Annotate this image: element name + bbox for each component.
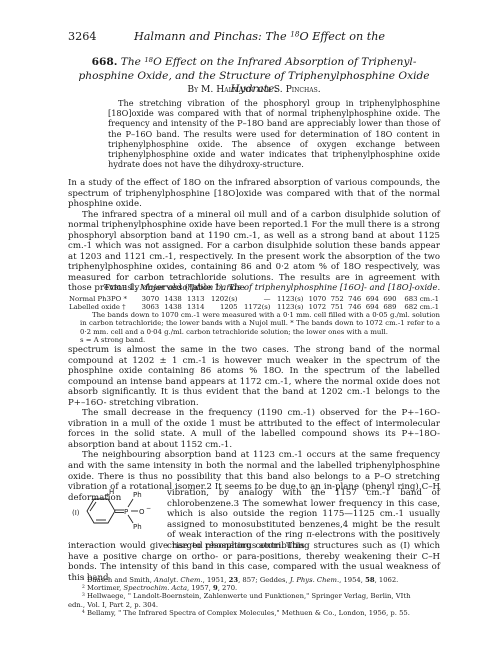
absorption-bands-table: Normal Ph3PO * 3070 1438 1313 1202(s) — …	[68, 295, 440, 311]
svg-text:−: −	[146, 505, 151, 512]
svg-text:H: H	[109, 488, 114, 496]
table-notes: The bands down to 1070 cm.-1 were measur…	[80, 311, 440, 344]
table-row: Labelled oxide † 3063 1438 1314 1205 117…	[68, 303, 440, 311]
body-section-1: In a study of the effect of 18O on the i…	[68, 178, 440, 294]
svg-text:(I): (I)	[72, 509, 80, 517]
table-caption: Table 1. Major absorption bands of triph…	[92, 282, 452, 292]
page-number: 3264	[68, 30, 96, 43]
footnote-4: 4 Bellamy, " The Infrared Spectra of Com…	[68, 609, 440, 617]
article-number: 668.	[92, 56, 118, 68]
byline: By M. Halmann and S. Pinchas.	[68, 84, 440, 95]
footnote-1: 1 Daasch and Smith, Analyt. Chem., 1951,…	[68, 576, 440, 584]
paragraph-decrease: The small decrease in the frequency (119…	[68, 408, 440, 450]
svg-text:O: O	[139, 508, 145, 516]
abstract: The stretching vibration of the phosphor…	[108, 98, 440, 169]
running-title: Halmann and Pinchas: The 18O Effect on t…	[134, 30, 385, 43]
abstract-text: The stretching vibration of the phosphor…	[108, 98, 440, 169]
footnote-2: 2 Mortimer, Spectrochim. Acta, 1957, 9, …	[68, 584, 440, 592]
body-section-2: spectrum is almost the same in the two c…	[68, 345, 440, 503]
paragraph-intro: In a study of the effect of 18O on the i…	[68, 178, 440, 210]
structure-diagram-I: (I) + H Ph P O − Ph	[72, 487, 164, 531]
svg-text:P: P	[124, 508, 128, 516]
resonance-structure-icon: (I) + H Ph P O − Ph	[72, 487, 164, 531]
paragraph-comparison: spectrum is almost the same in the two c…	[68, 345, 440, 408]
footnote-3-continued: edn., Vol. I, Part 2, p. 304.	[68, 601, 440, 609]
svg-text:Ph: Ph	[133, 491, 142, 499]
footnotes: 1 Daasch and Smith, Analyt. Chem., 1951,…	[68, 576, 440, 617]
svg-text:Ph: Ph	[133, 523, 142, 531]
footnote-3: 3 Hellwaege, " Landolt-Boernstein, Zahle…	[68, 592, 440, 600]
table-row: Normal Ph3PO * 3070 1438 1313 1202(s) — …	[68, 295, 440, 303]
